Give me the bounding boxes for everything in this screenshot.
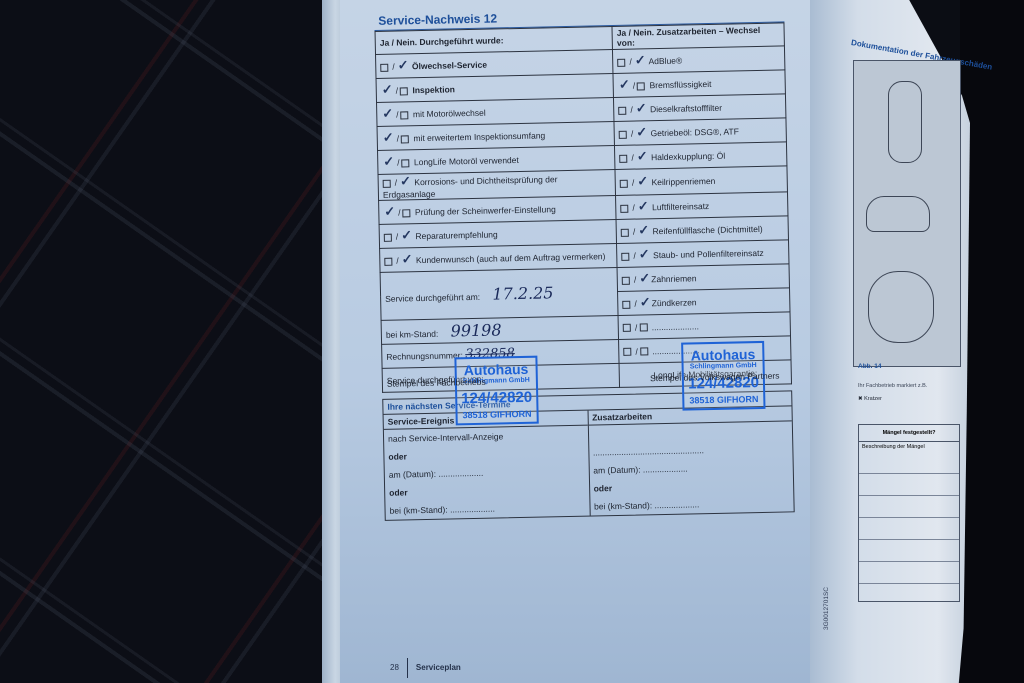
right-checklist-item: ✓/ Bremsflüssigkeit — [613, 70, 785, 98]
right-checklist-item: /✓ Dieselkraftstofffilter — [614, 94, 786, 122]
checkbox-yes[interactable] — [617, 58, 625, 66]
checkbox-yes[interactable] — [384, 257, 392, 265]
page-footer: 28Serviceplan — [390, 658, 461, 678]
right-checklist-item: /✓ Keilrippenriemen — [615, 166, 787, 196]
page-number: 28 — [390, 663, 399, 672]
right-checklist-item: /✓ Haldexkupplung: Öl — [615, 142, 787, 170]
handwritten-check-icon: ✓ — [636, 125, 647, 140]
handwritten-check-icon: ✓ — [619, 78, 630, 93]
handwritten-check-icon: ✓ — [397, 58, 408, 73]
handwritten-mark-icon: ✓ — [640, 295, 651, 310]
checkbox-no[interactable] — [400, 87, 408, 95]
additional-work-column: Zusatzarbeiten .........................… — [587, 406, 794, 515]
checkbox-yes[interactable] — [619, 130, 627, 138]
figure-caption: Abb. 14 — [858, 363, 881, 370]
service-date-label: Service durchgeführt am: — [385, 292, 480, 304]
checkbox-no[interactable] — [401, 135, 409, 143]
checkbox-yes[interactable] — [620, 204, 628, 212]
service-checklist-table: Ja / Nein. Durchgeführt wurde: Ja / Nein… — [375, 22, 792, 393]
defects-label: Mängel festgestellt? — [859, 425, 959, 442]
car-seat-background — [0, 0, 360, 683]
document-code: 3G0012701SC — [823, 587, 830, 630]
checkbox-yes[interactable] — [384, 233, 392, 241]
checkbox-yes[interactable] — [620, 179, 628, 187]
right-checklist-item: /✓ Reifenfüllflasche (Dichtmittel) — [616, 216, 788, 244]
partner-stamp-cell: LongLife Mobilitätsgarantie: Autohaus Sc… — [619, 360, 791, 388]
service-record-form: Service-Nachweis 12 Ja / Nein. Durchgefü… — [374, 0, 795, 521]
handwritten-check-icon: ✓ — [382, 83, 393, 98]
checkbox-no[interactable] — [400, 111, 408, 119]
handwritten-check-icon: ✓ — [639, 247, 650, 262]
checkbox-yes[interactable] — [623, 324, 631, 332]
checkbox-yes[interactable] — [621, 228, 629, 236]
dealer-stamp: Autohaus Schlingmann GmbH 124/42820 3851… — [454, 356, 538, 426]
service-date-cell: Service durchgeführt am: 17.2.25 — [380, 267, 618, 320]
dark-background — [960, 0, 1024, 683]
extra-row: / .................... — [618, 312, 790, 340]
service-event-column: Service-Ereignis nach Service-Intervall-… — [384, 411, 590, 520]
checkbox-no[interactable] — [639, 324, 647, 332]
dealer-stamp-label: Stempel des Fachbetriebs — [387, 377, 486, 389]
checkbox-yes[interactable] — [622, 300, 630, 308]
defects-box: Mängel festgestellt? Beschreibung der Mä… — [858, 424, 960, 602]
car-front-view-icon — [868, 271, 934, 343]
dealer-stamp-cell: Service durchgeführt von: Autohaus Schli… — [382, 363, 620, 392]
section-name: Serviceplan — [416, 663, 461, 672]
right-checklist-item: /✓ Getriebeöl: DSG®, ATF — [614, 118, 786, 146]
handwritten-check-icon: ✓ — [638, 223, 649, 238]
checkbox-yes[interactable] — [383, 179, 391, 187]
handwritten-check-icon: ✓ — [635, 53, 646, 68]
service-date-value: 17.2.25 — [492, 283, 553, 303]
handwritten-check-icon: ✓ — [638, 199, 649, 214]
handwritten-check-icon: ✓ — [382, 107, 393, 122]
extra-row: /✓Zahnriemen — [617, 264, 789, 292]
handwritten-check-icon: ✓ — [637, 149, 648, 164]
handwritten-check-icon: ✓ — [636, 101, 647, 116]
right-checklist-item: /✓ AdBlue® — [613, 46, 785, 74]
km-value: 99198 — [450, 320, 501, 340]
handwritten-mark-icon: ✓ — [639, 271, 650, 286]
checkbox-yes[interactable] — [380, 63, 388, 71]
legend-scratch: ✖ Kratzer — [858, 396, 882, 402]
handwritten-check-icon: ✓ — [383, 131, 394, 146]
handwritten-check-icon: ✓ — [384, 205, 395, 220]
handwritten-check-icon: ✓ — [637, 174, 648, 189]
next-service-section: Ihre nächsten Service-Termine Service-Er… — [382, 390, 794, 521]
handwritten-check-icon: ✓ — [383, 155, 394, 170]
handwritten-check-icon: ✓ — [401, 228, 412, 243]
checkbox-yes[interactable] — [622, 276, 630, 284]
car-side-view-icon — [866, 196, 930, 232]
car-top-view-icon — [888, 81, 922, 163]
checkbox-yes[interactable] — [618, 106, 626, 114]
right-checklist-item: /✓ Staub- und Pollenfiltereinsatz — [617, 240, 789, 268]
vehicle-damage-diagram — [853, 60, 961, 367]
extra-row: /✓Zündkerzen — [618, 288, 790, 316]
checkbox-no[interactable] — [640, 348, 648, 356]
handwritten-check-icon: ✓ — [402, 252, 413, 267]
checkbox-yes[interactable] — [619, 154, 627, 162]
checkbox-no[interactable] — [403, 209, 411, 217]
km-label: bei km-Stand: — [386, 329, 439, 340]
checkbox-no[interactable] — [637, 82, 645, 90]
description-label: Beschreibung der Mängel — [859, 442, 959, 452]
checkbox-yes[interactable] — [621, 252, 629, 260]
right-checklist-item: /✓ Luftfiltereinsatz — [616, 192, 788, 220]
checkbox-no[interactable] — [401, 159, 409, 167]
checkbox-yes[interactable] — [623, 348, 631, 356]
handwritten-check-icon: ✓ — [400, 174, 411, 189]
legend-intro: Ihr Fachbetrieb markiert z.B. — [858, 383, 927, 389]
invoice-label: Rechnungsnummer: — [386, 350, 463, 362]
